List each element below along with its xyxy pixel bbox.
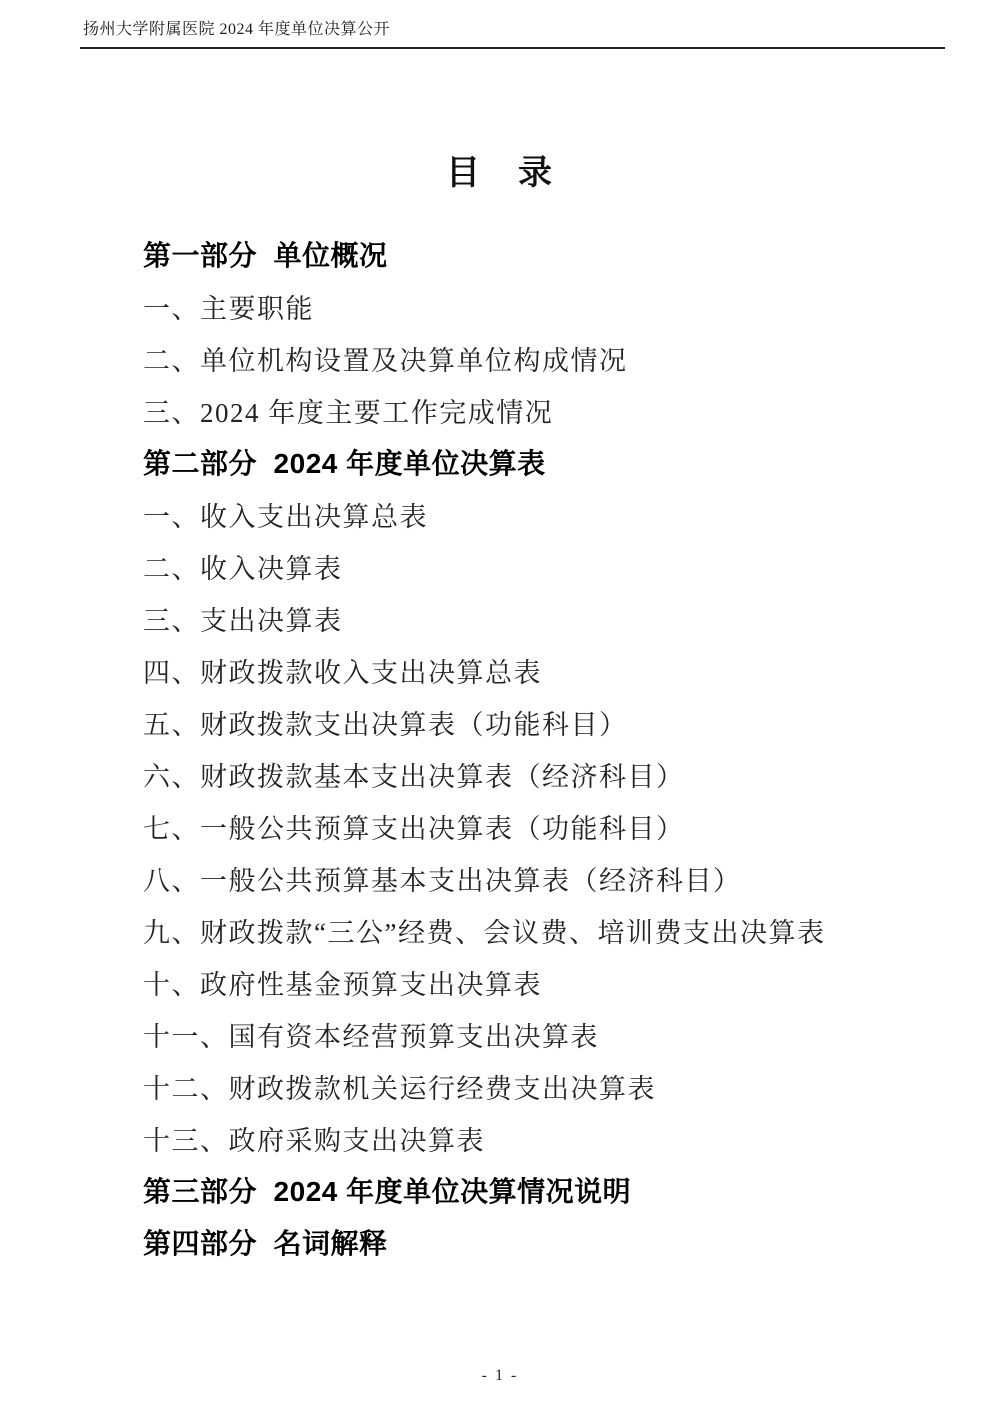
toc-entry: 一、主要职能 [143,280,960,332]
toc-entry: 五、财政拨款支出决算表（功能科目） [143,696,960,748]
toc-entry: 六、财政拨款基本支出决算表（经济科目） [143,748,960,800]
toc-entry: 二、单位机构设置及决算单位构成情况 [143,332,960,384]
toc-entry: 九、财政拨款“三公”经费、会议费、培训费支出决算表 [143,904,960,956]
page-title: 目 录 [0,155,1000,193]
toc-entry: 七、一般公共预算支出决算表（功能科目） [143,800,960,852]
toc-entry: 三、2024 年度主要工作完成情况 [143,384,960,436]
toc-entry: 八、一般公共预算基本支出决算表（经济科目） [143,852,960,904]
toc-entry: 十一、国有资本经营预算支出决算表 [143,1008,960,1060]
document-page: 扬州大学附属医院 2024 年度单位决算公开 目 录 第一部分 单位概况一、主要… [0,0,1000,1414]
toc-section-heading: 第三部分 2024 年度单位决算情况说明 [143,1164,960,1216]
toc-entry: 十二、财政拨款机关运行经费支出决算表 [143,1060,960,1112]
header-text: 扬州大学附属医院 2024 年度单位决算公开 [80,20,945,40]
toc-entry: 十、政府性基金预算支出决算表 [143,956,960,1008]
toc-section-heading: 第一部分 单位概况 [143,228,960,280]
toc-entry: 十三、政府采购支出决算表 [143,1112,960,1164]
page-header: 扬州大学附属医院 2024 年度单位决算公开 [80,20,945,49]
toc-section-heading: 第二部分 2024 年度单位决算表 [143,436,960,488]
toc-entry: 二、收入决算表 [143,540,960,592]
toc-entry: 三、支出决算表 [143,592,960,644]
toc-entry: 一、收入支出决算总表 [143,488,960,540]
header-divider [80,47,945,49]
toc-entry: 四、财政拨款收入支出决算总表 [143,644,960,696]
toc-section-heading: 第四部分 名词解释 [143,1216,960,1268]
page-number: - 1 - [0,1366,1000,1386]
toc-list: 第一部分 单位概况一、主要职能二、单位机构设置及决算单位构成情况三、2024 年… [143,228,960,1268]
